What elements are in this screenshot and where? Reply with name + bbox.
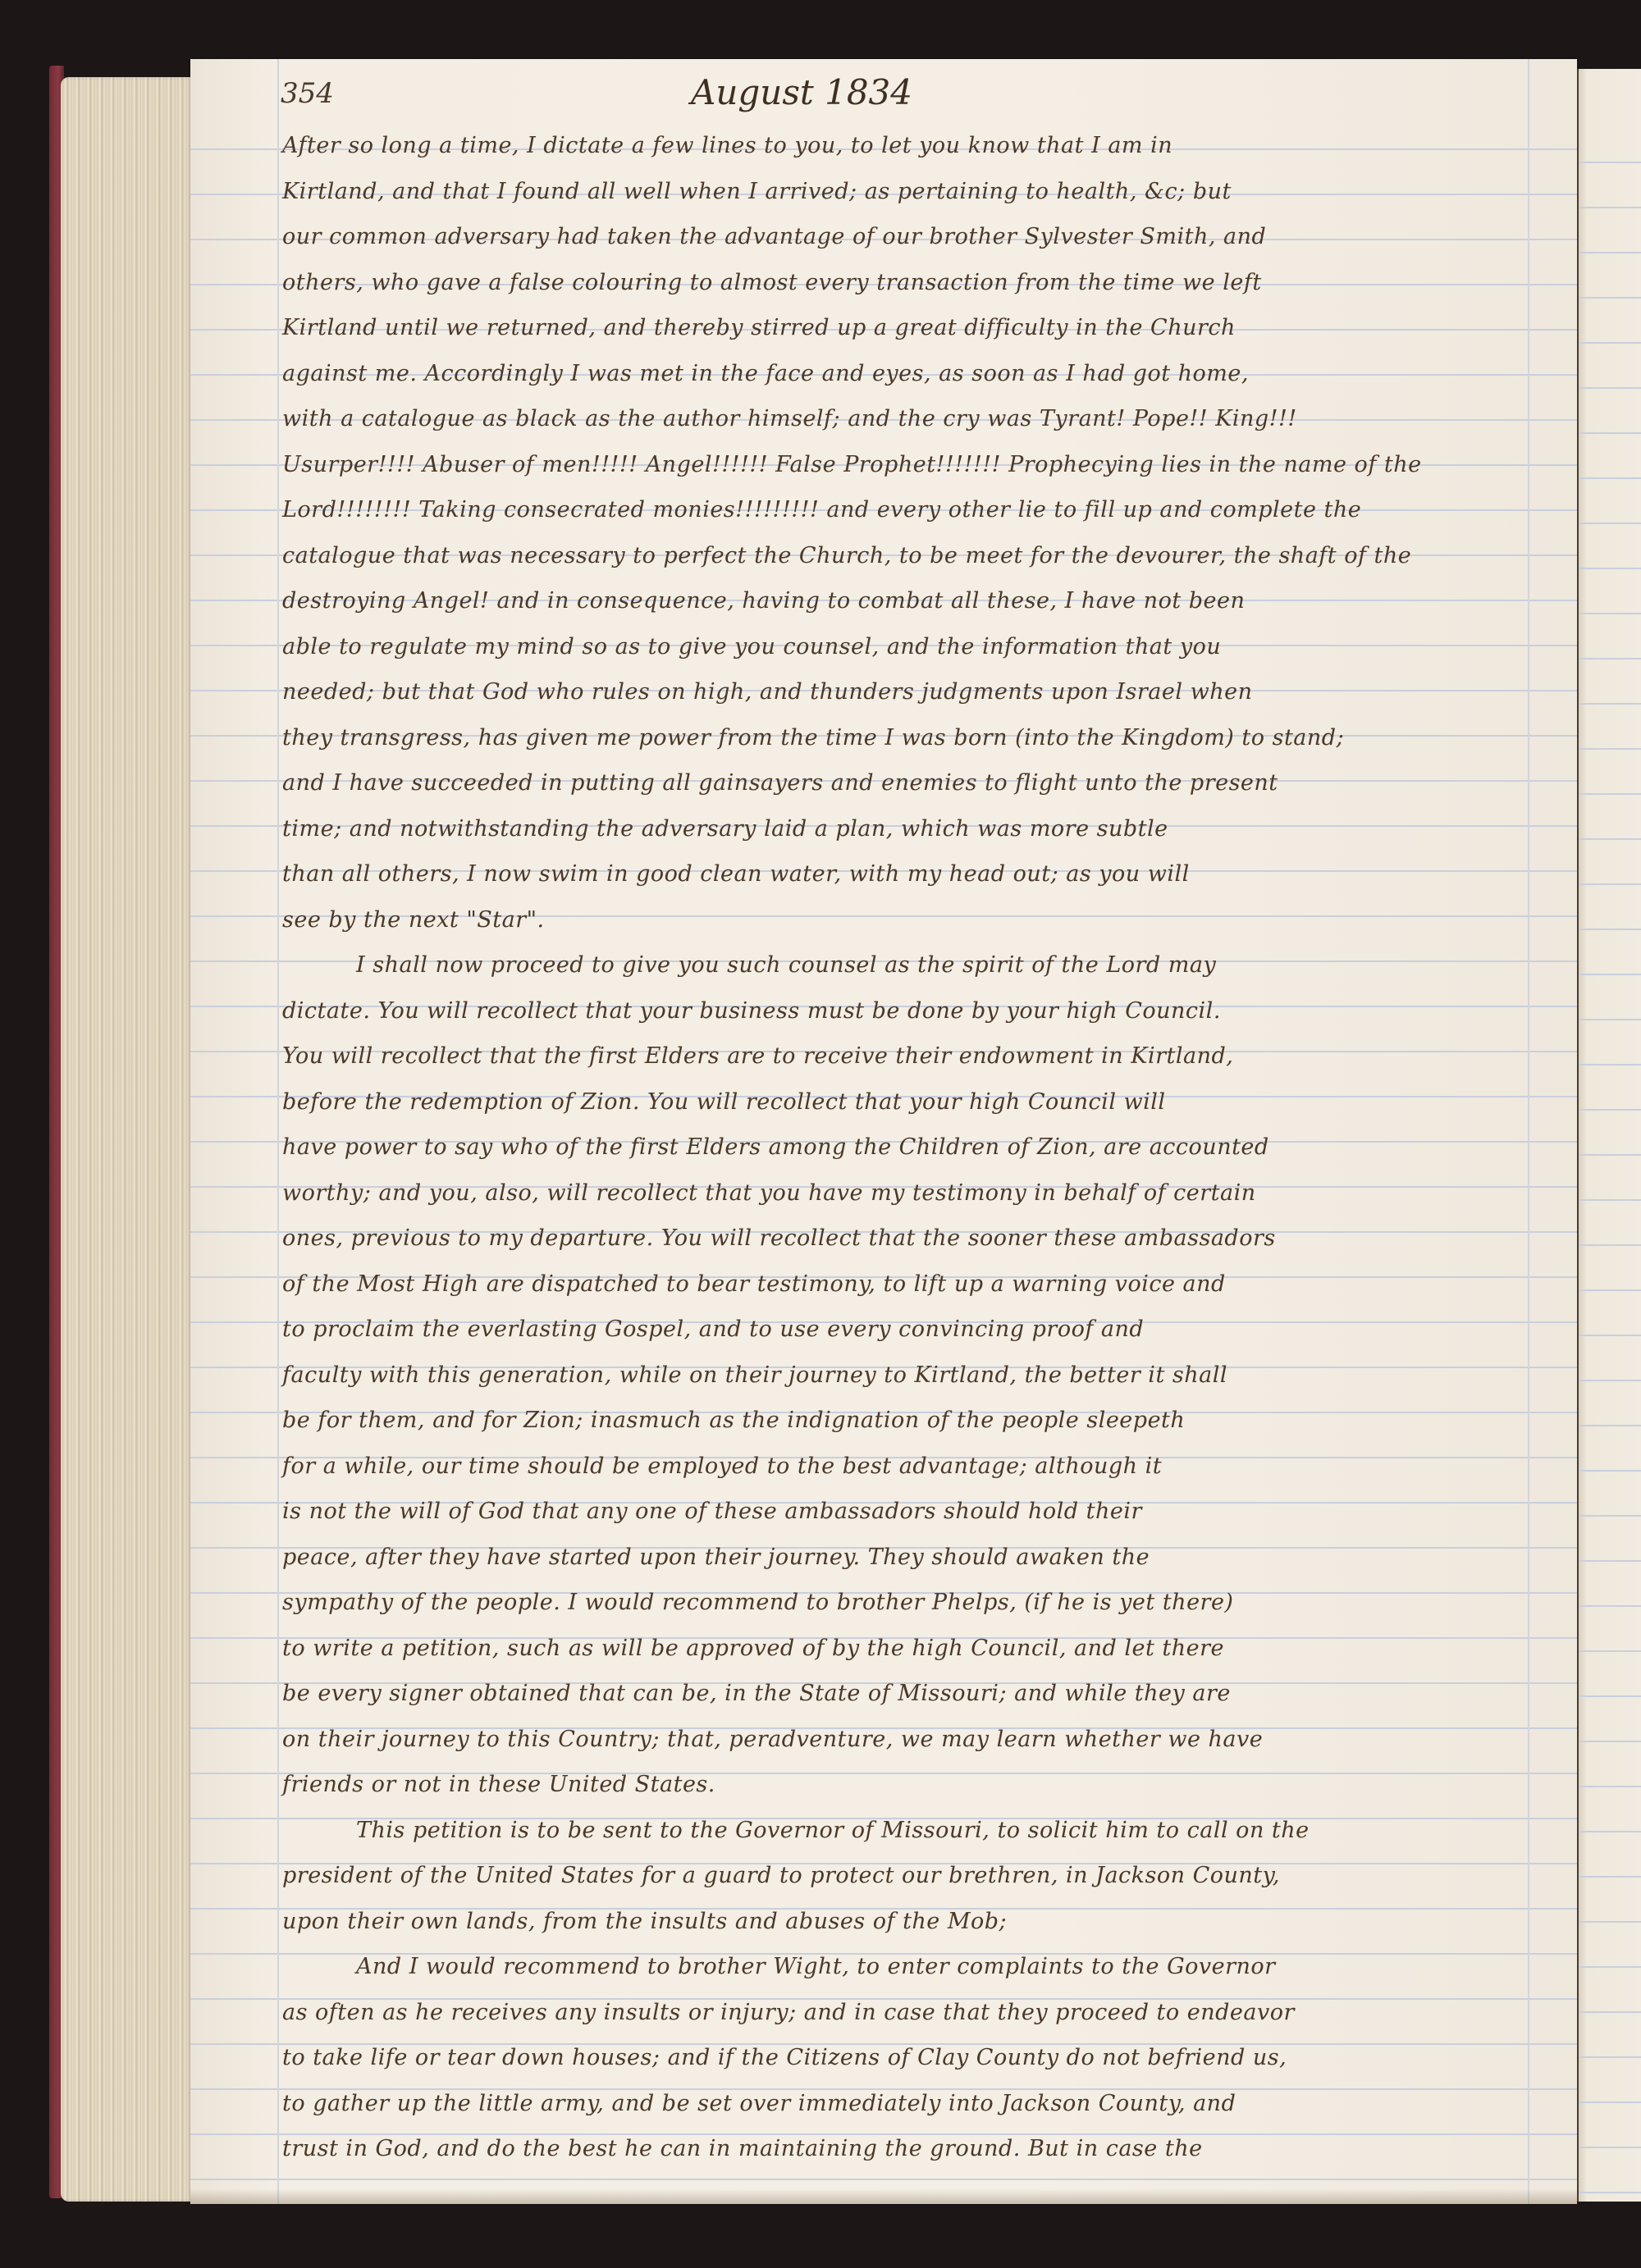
text-line: And I would recommend to brother Wight, … [282, 1944, 1529, 1990]
opposite-page-edge [1577, 69, 1641, 2202]
text-line: against me. Accordingly I was met in the… [282, 351, 1529, 397]
text-line: Kirtland until we returned, and thereby … [282, 305, 1529, 351]
text-line: is not the will of God that any one of t… [282, 1489, 1529, 1535]
text-line: have power to say who of the first Elder… [282, 1125, 1529, 1171]
text-line: of the Most High are dispatched to bear … [282, 1262, 1529, 1307]
text-line: they transgress, has given me power from… [282, 715, 1529, 761]
text-line: I shall now proceed to give you such cou… [282, 942, 1529, 988]
text-line: to write a petition, such as will be app… [282, 1626, 1529, 1672]
text-line: than all others, I now swim in good clea… [282, 851, 1529, 897]
text-line: to gather up the little army, and be set… [282, 2081, 1529, 2127]
opposite-ruled-lines [1579, 118, 1641, 2202]
text-line: You will recollect that the first Elders… [282, 1034, 1529, 1079]
text-line: catalogue that was necessary to perfect … [282, 533, 1529, 579]
text-line: faculty with this generation, while on t… [282, 1353, 1529, 1399]
text-line: worthy; and you, also, will recollect th… [282, 1171, 1529, 1216]
text-line: Usurper!!!! Abuser of men!!!!! Angel!!!!… [282, 442, 1529, 488]
text-line: before the redemption of Zion. You will … [282, 1079, 1529, 1125]
text-line: to proclaim the everlasting Gospel, and … [282, 1307, 1529, 1353]
date-heading: August 1834 [691, 72, 912, 112]
text-line: time; and notwithstanding the adversary … [282, 806, 1529, 852]
text-line: peace, after they have started upon thei… [282, 1535, 1529, 1581]
text-line: ones, previous to my departure. You will… [282, 1216, 1529, 1262]
text-line: to take life or tear down houses; and if… [282, 2035, 1529, 2081]
text-line: and I have succeeded in putting all gain… [282, 760, 1529, 806]
text-line: with a catalogue as black as the author … [282, 396, 1529, 442]
manuscript-page: 354 August 1834 After so long a time, I … [190, 59, 1577, 2204]
text-line: friends or not in these United States. [282, 1762, 1529, 1808]
text-line: on their journey to this Country; that, … [282, 1717, 1529, 1763]
text-line: able to regulate my mind so as to give y… [282, 624, 1529, 670]
text-line: After so long a time, I dictate a few li… [282, 123, 1529, 169]
text-line: Lord!!!!!!!! Taking consecrated monies!!… [282, 487, 1529, 533]
handwritten-text: After so long a time, I dictate a few li… [282, 123, 1529, 2172]
text-line: This petition is to be sent to the Gover… [282, 1808, 1529, 1854]
text-line: be every signer obtained that can be, in… [282, 1671, 1529, 1717]
text-line: sympathy of the people. I would recommen… [282, 1580, 1529, 1626]
page-number: 354 [281, 77, 334, 110]
text-line: for a while, our time should be employed… [282, 1444, 1529, 1490]
text-line: others, who gave a false colouring to al… [282, 260, 1529, 306]
left-margin-line [277, 59, 279, 2204]
ledger-book: 354 August 1834 After so long a time, I … [49, 59, 1641, 2208]
text-line: upon their own lands, from the insults a… [282, 1899, 1529, 1945]
page-header: 354 August 1834 [281, 77, 1511, 126]
text-line: see by the next "Star". [282, 897, 1529, 943]
text-line: needed; but that God who rules on high, … [282, 669, 1529, 715]
text-line: trust in God, and do the best he can in … [282, 2126, 1529, 2172]
text-line: dictate. You will recollect that your bu… [282, 988, 1529, 1034]
text-line: our common adversary had taken the advan… [282, 214, 1529, 260]
page-stack-edge [61, 77, 196, 2202]
text-line: president of the United States for a gua… [282, 1853, 1529, 1899]
text-line: Kirtland, and that I found all well when… [282, 169, 1529, 215]
text-line: be for them, and for Zion; inasmuch as t… [282, 1398, 1529, 1444]
text-line: as often as he receives any insults or i… [282, 1990, 1529, 2036]
text-line: destroying Angel! and in consequence, ha… [282, 578, 1529, 624]
page-bottom-edge [190, 2189, 1577, 2204]
